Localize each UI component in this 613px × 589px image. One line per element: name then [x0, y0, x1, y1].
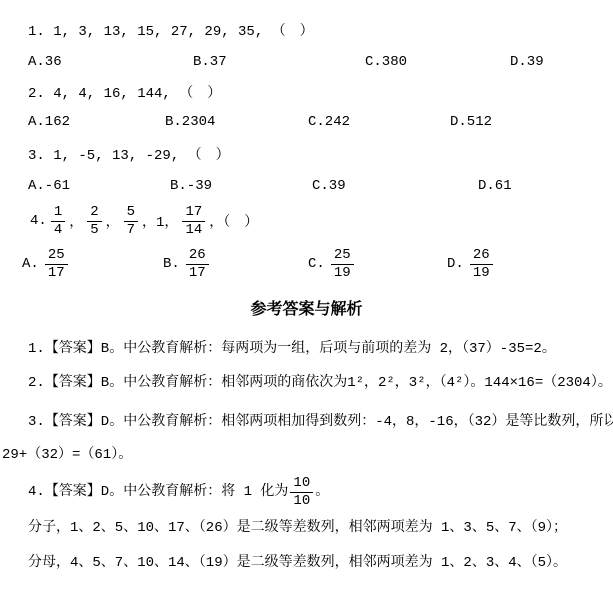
option-letter: D.	[447, 256, 464, 272]
answer-3-paragraph-line-1: 3.【答案】D。中公教育解析：相邻两项相加得到数列：-4，8，-16，（32）是…	[2, 414, 613, 431]
answers-section-heading: 参考答案与解析	[0, 299, 613, 321]
question-3-option-a: A.-61	[28, 178, 70, 194]
fraction-numerator: 26	[186, 247, 209, 265]
separator: ，1，	[142, 211, 178, 231]
fraction-denominator: 19	[470, 265, 493, 282]
fraction-denominator: 5	[87, 222, 101, 239]
question-1-stem: 1. 1, 3, 13, 15, 27, 29, 35, （ ）	[28, 24, 613, 40]
question-3-option-c: C.39	[312, 178, 346, 194]
answer-4-paragraph: 4.【答案】D。中公教育解析：将 1 化为 1010 。	[2, 472, 613, 512]
fraction-numerator: 5	[124, 204, 138, 222]
question-1-option-d: D.39	[510, 54, 544, 70]
worksheet-page: 1. 1, 3, 13, 15, 27, 29, 35, （ ） A.36 B.…	[0, 0, 613, 589]
fraction: 2617	[186, 247, 209, 282]
question-4-stem: 4. 14 ， 25 ， 57 ，1， 1714 ，（ ）	[28, 202, 613, 240]
fraction: 1714	[182, 204, 205, 239]
answer-2-paragraph: 2.【答案】B。中公教育解析：相邻两项的商依次为1²，2²，3²，（4²）。14…	[2, 375, 613, 392]
answer-4-denominator-explanation: 分母，4、5、7、10、14、（19）是二级等差数列，相邻两项差为 1、2、3、…	[2, 555, 613, 572]
option-letter: A.	[22, 256, 39, 272]
fraction: 1010	[290, 475, 313, 510]
fraction-denominator: 14	[182, 222, 205, 239]
fraction: 14	[51, 204, 65, 239]
fraction-numerator: 1	[51, 204, 65, 222]
fraction-numerator: 26	[470, 247, 493, 265]
question-3-option-b: B.-39	[170, 178, 212, 194]
fraction: 2619	[470, 247, 493, 282]
fraction-numerator: 25	[45, 247, 68, 265]
fraction: 2519	[331, 247, 354, 282]
question-4-option-c: C. 2519	[308, 244, 356, 284]
option-letter: C.	[308, 256, 325, 272]
question-4-options: A. 2517 B. 2617 C. 2519 D. 2619	[0, 244, 613, 284]
question-3-options: A.-61 B.-39 C.39 D.61	[0, 178, 613, 194]
fraction-denominator: 7	[124, 222, 138, 239]
option-letter: B.	[163, 256, 180, 272]
answer-3-paragraph-line-2: 29+（32）=（61）。	[2, 447, 613, 464]
question-3-option-d: D.61	[478, 178, 512, 194]
answer-1-paragraph: 1.【答案】B。中公教育解析：每两项为一组，后项与前项的差为 2，（37）-35…	[2, 341, 613, 358]
fraction: 57	[124, 204, 138, 239]
answer-4-period: 。	[315, 484, 329, 501]
fraction: 25	[87, 204, 101, 239]
fraction-numerator: 2	[87, 204, 101, 222]
fraction-numerator: 17	[182, 204, 205, 222]
fraction-numerator: 25	[331, 247, 354, 265]
answer-4-numerator-explanation: 分子，1、2、5、10、17、（26）是二级等差数列，相邻两项差为 1、3、5、…	[2, 520, 613, 537]
question-4-blank: ，（ ）	[209, 211, 258, 231]
fraction-denominator: 10	[290, 493, 313, 510]
question-2-stem: 2. 4, 4, 16, 144, （ ）	[28, 86, 613, 102]
separator: ，	[106, 211, 120, 231]
question-4-option-d: D. 2619	[447, 244, 495, 284]
fraction-denominator: 17	[45, 265, 68, 282]
question-3-stem: 3. 1, -5, 13, -29, （ ）	[28, 148, 613, 164]
question-1-options: A.36 B.37 C.380 D.39	[0, 54, 613, 70]
question-1-option-a: A.36	[28, 54, 62, 70]
question-2-option-d: D.512	[450, 114, 492, 130]
question-1-option-b: B.37	[193, 54, 227, 70]
question-2-options: A.162 B.2304 C.242 D.512	[0, 114, 613, 130]
question-1-option-c: C.380	[365, 54, 407, 70]
fraction-denominator: 17	[186, 265, 209, 282]
separator: ，	[69, 211, 83, 231]
fraction-denominator: 4	[51, 222, 65, 239]
fraction: 2517	[45, 247, 68, 282]
question-2-option-c: C.242	[308, 114, 350, 130]
question-4-option-a: A. 2517	[22, 244, 70, 284]
fraction-denominator: 19	[331, 265, 354, 282]
answer-4-text: 4.【答案】D。中公教育解析：将 1 化为	[28, 484, 288, 501]
question-4-option-b: B. 2617	[163, 244, 211, 284]
fraction-numerator: 10	[290, 475, 313, 493]
question-4-number: 4.	[30, 213, 47, 229]
question-2-option-b: B.2304	[165, 114, 215, 130]
question-2-option-a: A.162	[28, 114, 70, 130]
